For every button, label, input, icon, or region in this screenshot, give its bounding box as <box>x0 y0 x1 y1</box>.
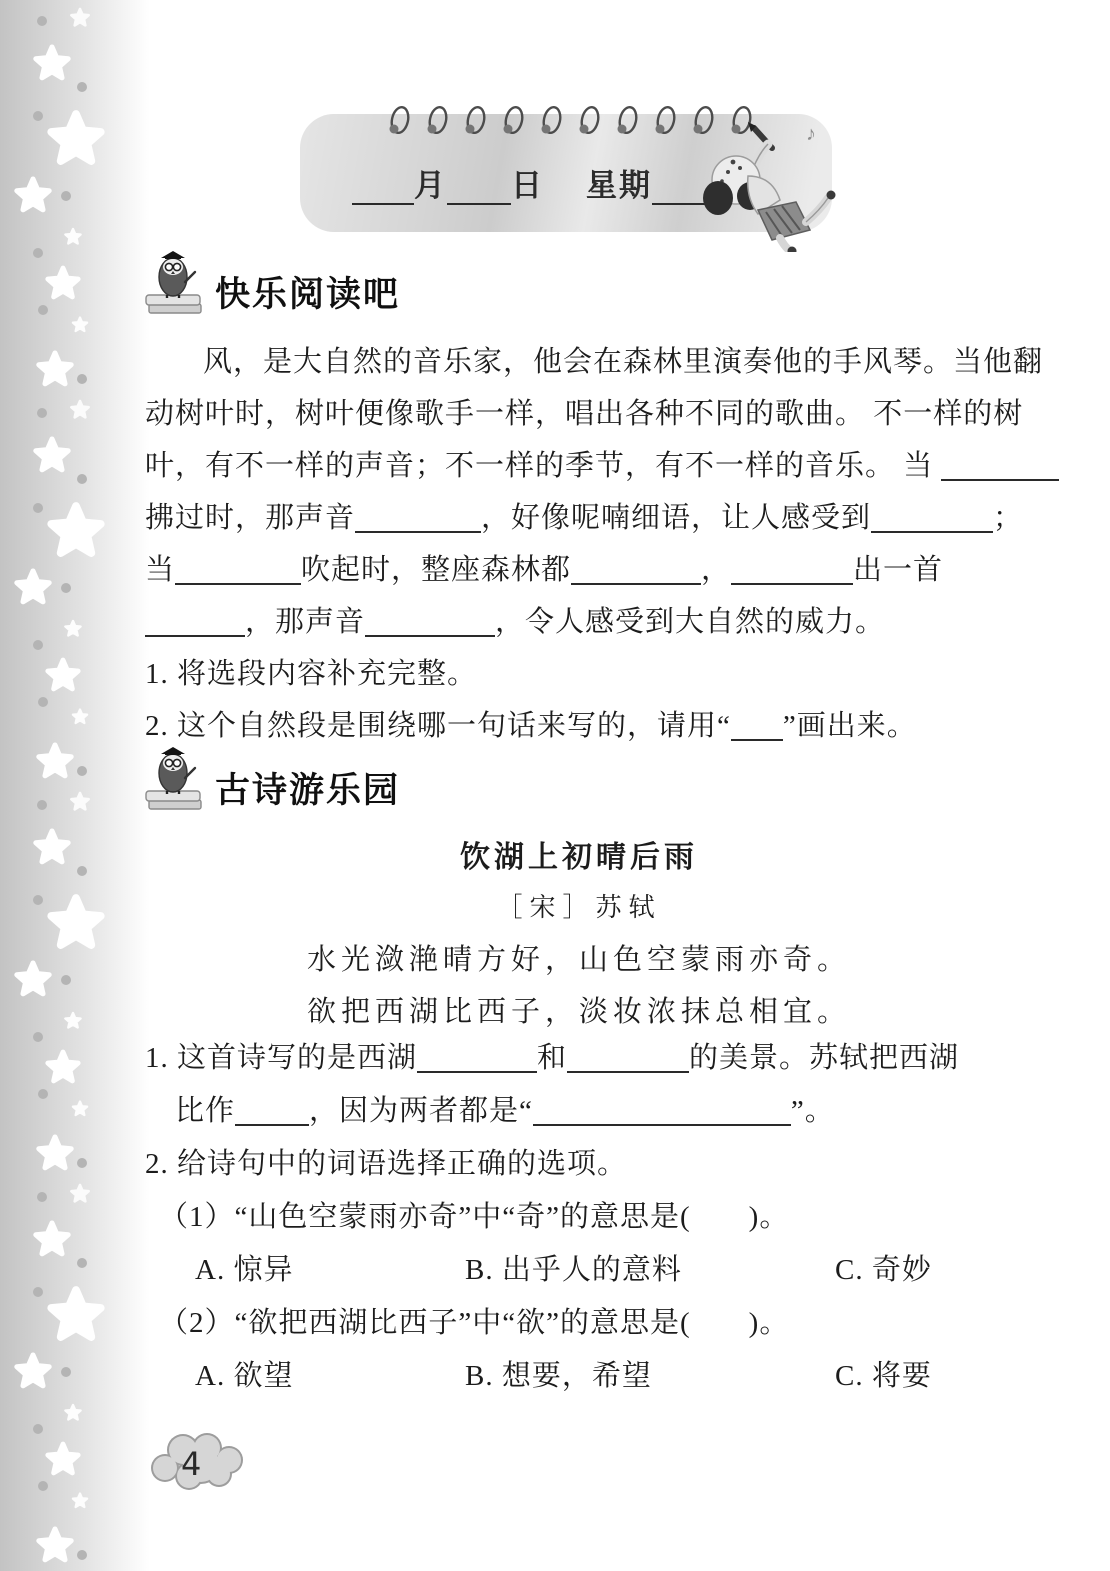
gap <box>145 367 203 371</box>
text-run: 风，是大自然的音乐家，他会在森林里演奏他的手风琴。当他翻 <box>203 346 1043 378</box>
option-a: A. 惊异 <box>195 1244 293 1297</box>
text-run: （2）“欲把西湖比西子”中“欲”的意思是( <box>159 1307 691 1339</box>
text-run: 1. 将选段内容补充完整。 <box>145 658 477 690</box>
section-header-poem: 古诗游乐园 <box>143 746 400 812</box>
section-header-reading: 快乐阅读吧 <box>143 250 400 316</box>
text-line: 2. 这个自然段是围绕哪一句话来写的，请用“”画出来。 <box>145 700 1025 752</box>
blank-underline <box>175 553 301 585</box>
text-run: ，好像呢喃细语，让人感受到 <box>481 502 871 534</box>
poem-questions: 1. 这首诗写的是西湖和的美景。苏轼把西湖 比作，因为两者都是“”。 2. 给诗… <box>145 1032 1025 1403</box>
text-line: 动树叶时，树叶便像歌手一样，唱出各种不同的歌曲。 不一样的树 <box>145 388 1025 440</box>
text-run: 日 <box>511 160 544 205</box>
date-fill-in-line: 月日星期 <box>352 160 710 205</box>
text-run: 1. 这首诗写的是西湖 <box>145 1042 417 1074</box>
gap <box>933 471 941 475</box>
text-run: )。 <box>749 1201 790 1233</box>
text-run: 2. 给诗句中的词语选择正确的选项。 <box>145 1148 627 1180</box>
page-number: 4 <box>181 1445 201 1483</box>
text-line: 当吹起时，整座森林都，出一首 <box>145 544 1025 596</box>
text-run: 星期 <box>586 160 652 205</box>
star-border-strip <box>0 0 150 1571</box>
question-line: 1. 这首诗写的是西湖和的美景。苏轼把西湖 <box>145 1032 1025 1085</box>
options-row: A. 惊异 B. 出乎人的意料 C. 奇妙 <box>145 1244 1025 1297</box>
text-line: 1. 将选段内容补充完整。 <box>145 648 1025 700</box>
date-header-banner: 月日星期 ♪ <box>300 114 832 232</box>
option-b: B. 出乎人的意料 <box>465 1244 682 1297</box>
option-b: B. 想要，希望 <box>465 1350 652 1403</box>
poem-author: ［宋］苏轼 <box>145 882 1013 934</box>
text-run: 叶，有不一样的声音；不一样的季节，有不一样的音乐。 当 <box>145 450 933 482</box>
text-run: ，那声音 <box>245 606 365 638</box>
text-run: 的美景。苏轼把西湖 <box>689 1042 959 1074</box>
blank-underline <box>355 501 481 533</box>
blank-underline <box>941 449 1059 481</box>
text-run: 拂过时，那声音 <box>145 502 355 534</box>
text-run: 和 <box>537 1042 567 1074</box>
question-line: 2. 给诗句中的词语选择正确的选项。 <box>145 1138 1025 1191</box>
poem-title: 饮湖上初晴后雨 <box>145 834 1013 882</box>
blank-underline <box>571 553 701 585</box>
text-run: 吹起时，整座森林都 <box>301 554 571 586</box>
text-run: 2. 这个自然段是围绕哪一句话来写的，请用“ <box>145 710 731 742</box>
blank-underline <box>567 1041 689 1073</box>
gap <box>544 201 586 205</box>
text-line: 叶，有不一样的声音；不一样的季节，有不一样的音乐。 当 <box>145 440 1025 492</box>
text-run: 月 <box>414 160 447 205</box>
owl-scholar-on-books-icon <box>143 250 205 316</box>
option-c: C. 奇妙 <box>835 1244 932 1297</box>
text-run: ，因为两者都是“ <box>309 1095 533 1127</box>
owl-scholar-on-books-icon <box>143 746 205 812</box>
sub-question-line: （2）“欲把西湖比西子”中“欲”的意思是()。 <box>145 1297 1025 1350</box>
blank-underline <box>235 1094 309 1126</box>
text-run: 动树叶时，树叶便像歌手一样，唱出各种不同的歌曲。 不一样的树 <box>145 398 1023 430</box>
text-run: 比作 <box>175 1095 235 1127</box>
dancing-girl-illustration: ♪ <box>688 118 838 252</box>
text-run: ， <box>701 554 731 586</box>
poem-block: 饮湖上初晴后雨 ［宋］苏轼 水光潋滟晴方好，山色空蒙雨亦奇。 欲把西湖比西子，淡… <box>145 834 1013 1038</box>
blank-underline <box>447 173 511 205</box>
blank-underline <box>533 1094 791 1126</box>
poem-verse-line: 欲把西湖比西子，淡妆浓抹总相宜。 <box>145 986 1013 1038</box>
blank-underline <box>145 605 245 637</box>
option-c: C. 将要 <box>835 1350 932 1403</box>
text-run: 当 <box>145 554 175 586</box>
cloud-page-number: 4 <box>147 1428 255 1494</box>
reading-questions: 1. 将选段内容补充完整。2. 这个自然段是围绕哪一句话来写的，请用“”画出来。 <box>145 648 1025 752</box>
section-title: 快乐阅读吧 <box>215 277 400 316</box>
question-line: 比作，因为两者都是“”。 <box>145 1085 1025 1138</box>
music-note-icon: ♪ <box>806 123 816 145</box>
options-row: A. 欲望 B. 想要，希望 C. 将要 <box>145 1350 1025 1403</box>
text-run: ”画出来。 <box>783 710 917 742</box>
text-run: 出一首 <box>853 554 943 586</box>
text-run: ”。 <box>791 1095 835 1127</box>
text-line: ，那声音，令人感受到大自然的威力。 <box>145 596 1025 648</box>
blank-underline <box>365 605 495 637</box>
blank-underline <box>417 1041 537 1073</box>
gap <box>691 1328 749 1332</box>
text-run: （1）“山色空蒙雨亦奇”中“奇”的意思是( <box>159 1201 691 1233</box>
text-run: ，令人感受到大自然的威力。 <box>495 606 885 638</box>
text-line: 拂过时，那声音，好像呢喃细语，让人感受到； <box>145 492 1025 544</box>
blank-underline <box>731 709 783 741</box>
blank-underline <box>731 553 853 585</box>
section-title: 古诗游乐园 <box>215 773 400 812</box>
reading-passage: 风，是大自然的音乐家，他会在森林里演奏他的手风琴。当他翻动树叶时，树叶便像歌手一… <box>145 336 1025 648</box>
blank-underline <box>352 173 414 205</box>
poem-verse-line: 水光潋滟晴方好，山色空蒙雨亦奇。 <box>145 934 1013 986</box>
text-run: ； <box>993 502 1023 534</box>
text-run: )。 <box>749 1307 790 1339</box>
option-a: A. 欲望 <box>195 1350 293 1403</box>
text-line: 风，是大自然的音乐家，他会在森林里演奏他的手风琴。当他翻 <box>145 336 1025 388</box>
blank-underline <box>871 501 993 533</box>
sub-question-line: （1）“山色空蒙雨亦奇”中“奇”的意思是()。 <box>145 1191 1025 1244</box>
gap <box>691 1222 749 1226</box>
